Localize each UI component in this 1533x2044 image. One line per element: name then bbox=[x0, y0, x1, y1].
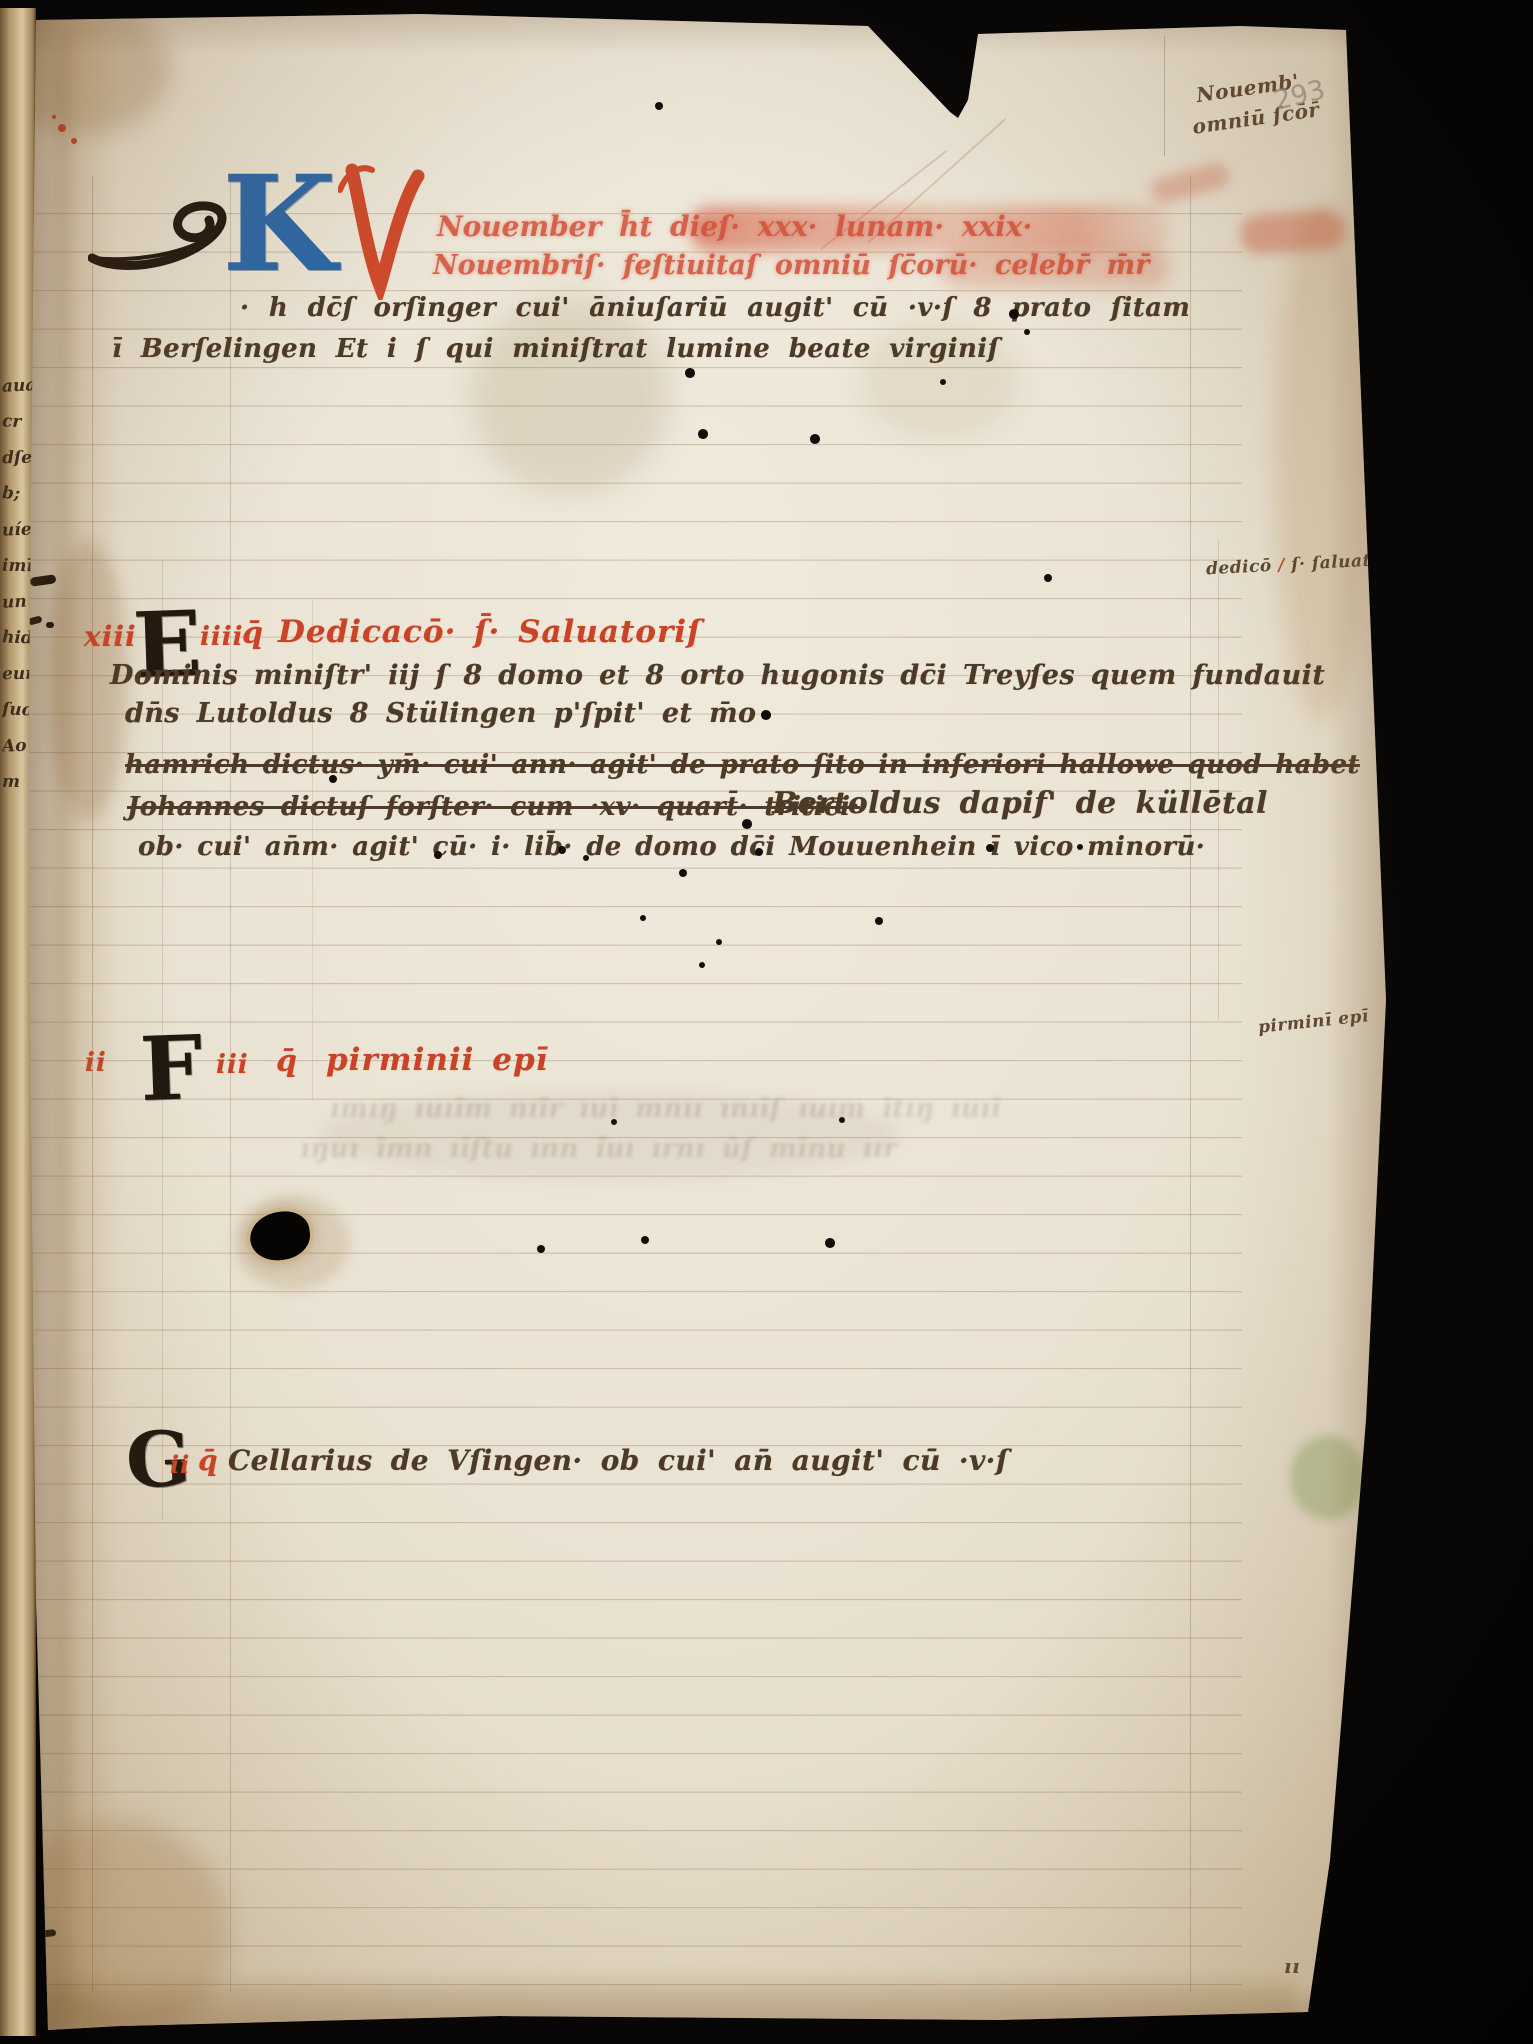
manuscript-page: K Nouember h̄t dieſ· xxx· lunam· xxix· N… bbox=[0, 0, 1533, 2044]
ink-spots bbox=[0, 0, 4, 4]
red-ink-specks bbox=[0, 0, 4, 4]
manuscript-photograph: aua cr dſe b; uíe imīgra un nȳd hid eun … bbox=[0, 0, 1533, 2044]
page-edge-shading bbox=[26, 14, 1392, 2030]
